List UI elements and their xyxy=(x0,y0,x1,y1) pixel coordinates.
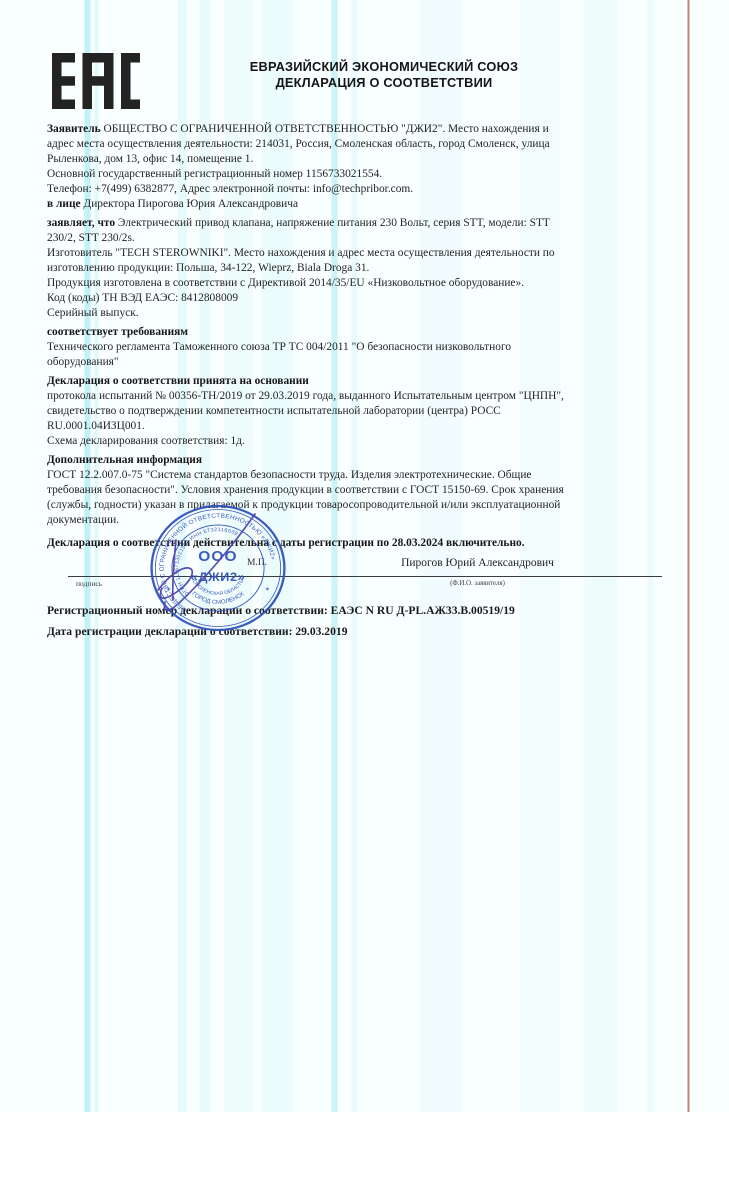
document-line: Заявитель ОБЩЕСТВО С ОГРАНИЧЕННОЙ ОТВЕТС… xyxy=(47,122,707,137)
document-line: в лице Директора Пирогова Юрия Александр… xyxy=(47,197,707,212)
document-body: Заявитель ОБЩЕСТВО С ОГРАНИЧЕННОЙ ОТВЕТС… xyxy=(47,122,707,551)
document-line: Схема декларирования соответствия: 1д. xyxy=(47,434,707,449)
document-line: адрес места осуществления деятельности: … xyxy=(47,137,707,152)
document-title: ЕВРАЗИЙСКИЙ ЭКОНОМИЧЕСКИЙ СОЮЗ ДЕКЛАРАЦИ… xyxy=(134,59,634,91)
signature-caption: подпись xyxy=(76,579,102,588)
document-line: оборудования" xyxy=(47,355,707,370)
document-line: свидетельство о подтверждении компетентн… xyxy=(47,404,707,419)
document-line: протокола испытаний № 00356-ТН/2019 от 2… xyxy=(47,389,707,404)
document-line: Изготовитель "TECH STEROWNIKI". Место на… xyxy=(47,246,707,261)
declarant-name-line xyxy=(293,576,662,577)
document-line: Рыленкова, дом 13, офис 14, помещение 1. xyxy=(47,152,707,167)
document-line: Технического регламента Таможенного союз… xyxy=(47,340,707,355)
document-line: соответствует требованиям xyxy=(47,325,707,340)
document-line: Серийный выпуск. xyxy=(47,306,707,321)
document-line: изготовлению продукции: Польша, 34-122, … xyxy=(47,261,707,276)
document-line: Основной государственный регистрационный… xyxy=(47,167,707,182)
eac-logo xyxy=(52,53,140,109)
document-line: Телефон: +7(499) 6382877, Адрес электрон… xyxy=(47,182,707,197)
handwritten-signature xyxy=(118,492,268,622)
document-line: Дополнительная информация xyxy=(47,453,707,468)
declarant-name-caption: (Ф.И.О. заявителя) xyxy=(293,580,662,587)
document-line: ГОСТ 12.2.007.0-75 "Система стандартов б… xyxy=(47,468,707,483)
document-line: Продукция изготовлена в соответствии с Д… xyxy=(47,276,707,291)
document-line: 230/2, STT 230/2s. xyxy=(47,231,707,246)
title-declaration-line: ДЕКЛАРАЦИЯ О СООТВЕТСТВИИ xyxy=(134,75,634,91)
document-line: RU.0001.04ИЗЦ001. xyxy=(47,419,707,434)
declarant-name: Пирогов Юрий Александрович xyxy=(293,557,662,569)
document-line: Декларация о соответствии принята на осн… xyxy=(47,374,707,389)
declaration-document-page: EAC ЕВРАЗИЙСКИЙ ЭКОНОМИЧЕСКИЙ СОЮЗ ДЕКЛА… xyxy=(0,0,729,1200)
title-union-line: ЕВРАЗИЙСКИЙ ЭКОНОМИЧЕСКИЙ СОЮЗ xyxy=(134,59,634,75)
document-line: заявляет, что Электрический привод клапа… xyxy=(47,216,707,231)
document-line: Код (коды) ТН ВЭД ЕАЭС: 8412808009 xyxy=(47,291,707,306)
